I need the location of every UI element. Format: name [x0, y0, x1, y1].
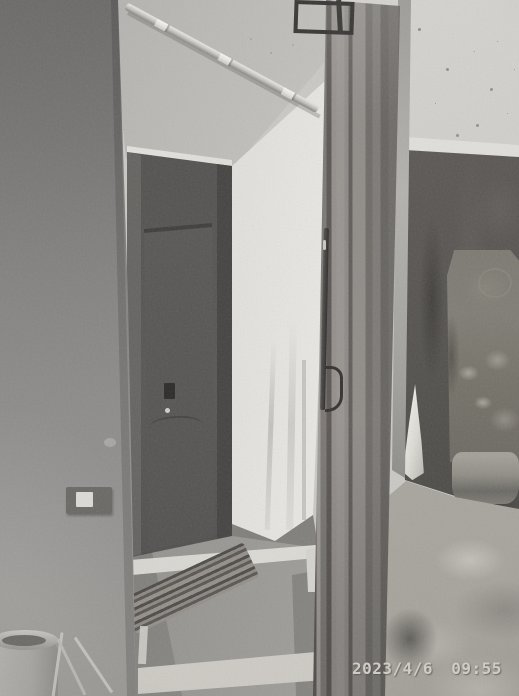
vignette-overlay: [0, 0, 519, 696]
camera-timestamp: 2023/4/6 09:55: [352, 659, 517, 678]
photo-canvas: 2023/4/6 09:55: [0, 0, 519, 696]
